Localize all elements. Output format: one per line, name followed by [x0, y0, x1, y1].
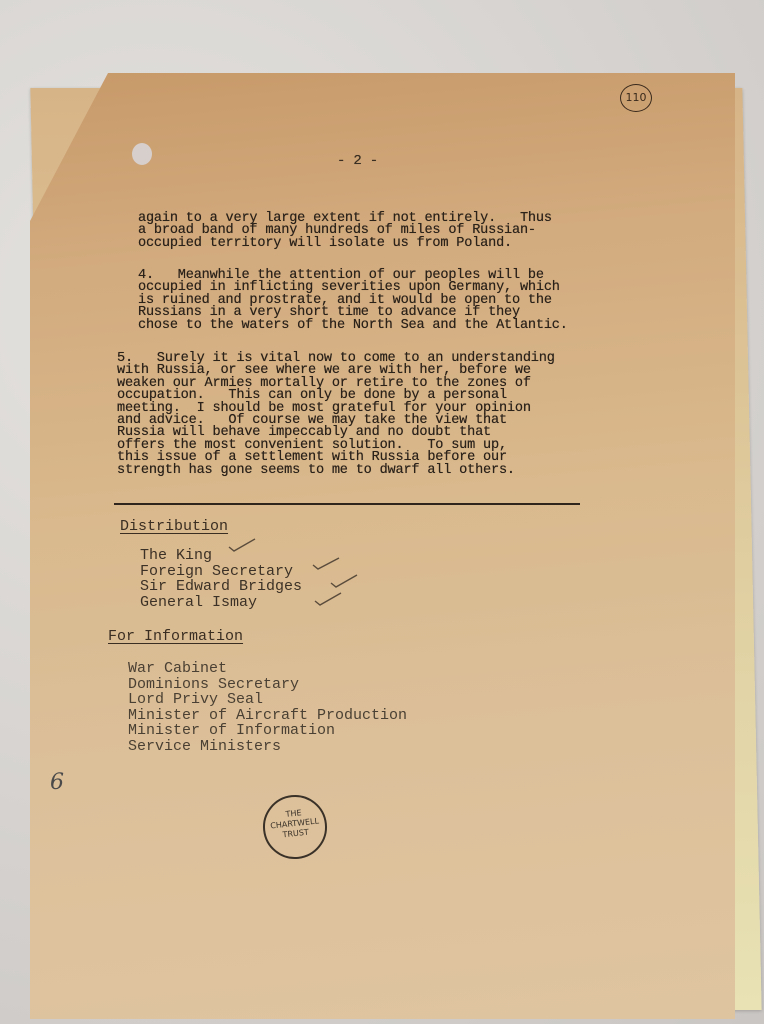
for-information-list: War Cabinet Dominions Secretary Lord Pri… — [128, 661, 407, 754]
checkmark-icon — [330, 574, 358, 588]
checkmark-icon — [312, 556, 340, 570]
checkmark-icon — [314, 592, 342, 606]
paragraph-5: 5. Surely it is vital now to come to an … — [117, 353, 555, 477]
distribution-list: The King Foreign Secretary Sir Edward Br… — [140, 548, 302, 610]
separator-rule — [114, 503, 580, 505]
distribution-heading: Distribution — [120, 518, 228, 535]
punch-hole — [132, 143, 152, 165]
folio-number: 110 — [620, 84, 652, 112]
checkmark-icon — [228, 538, 256, 552]
margin-annotation: 6 — [50, 770, 64, 795]
paragraph-continuation: again to a very large extent if not enti… — [138, 213, 552, 250]
paragraph-4: 4. Meanwhile the attention of our people… — [138, 270, 568, 332]
for-information-heading: For Information — [108, 628, 243, 645]
page-number: - 2 - — [337, 155, 378, 167]
